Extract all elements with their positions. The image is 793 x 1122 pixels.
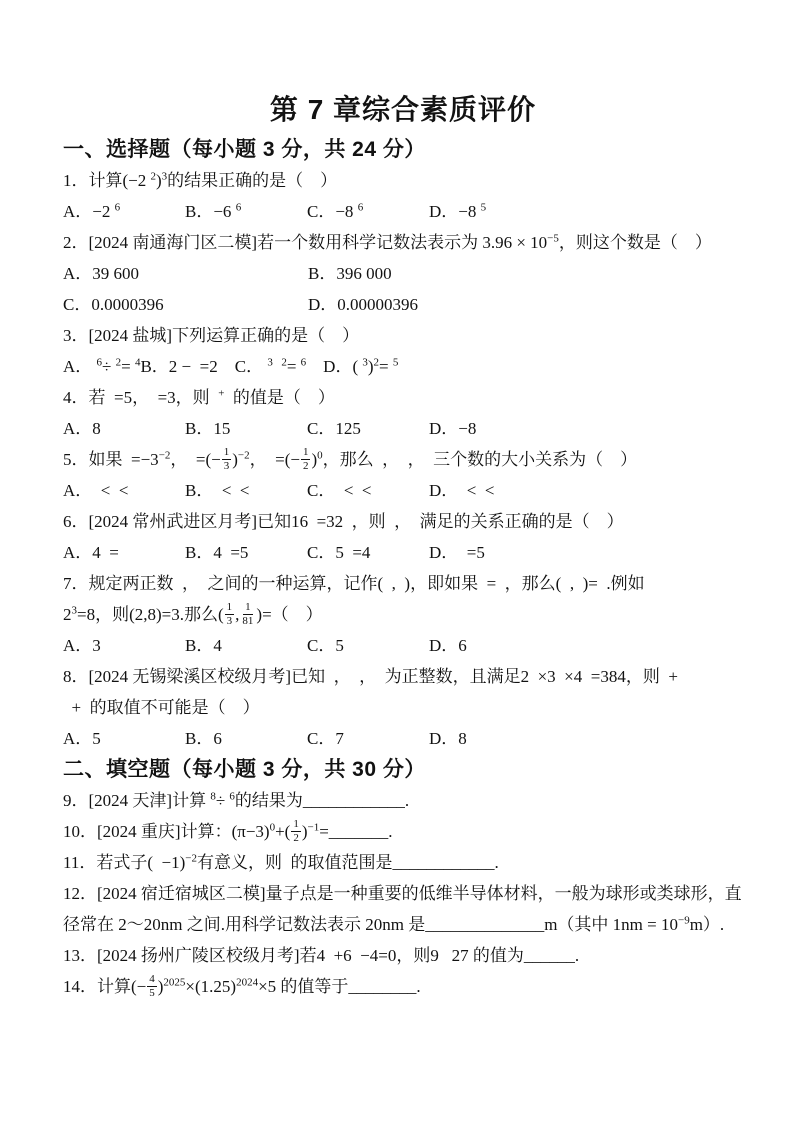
question-line: 14．计算(−45)2025×(1.25)2024×5 的值等于________…: [63, 971, 743, 1002]
option: C．5 =4: [307, 537, 429, 568]
option: C． < <: [307, 475, 429, 506]
question-line: 13．[2024 扬州广陵区校级月考]若4 +6 −4=0，则9 27 的值为_…: [63, 940, 743, 971]
option: D． < <: [429, 475, 551, 506]
option: B． < <: [185, 475, 307, 506]
option: B．4: [185, 630, 307, 661]
option: A． < <: [63, 475, 185, 506]
question: 12．[2024 宿迁宿城区二模]量子点是一种重要的低维半导体材料，一般为球形或…: [63, 878, 743, 940]
question-line: 9．[2024 天津]计算 8÷ 6的结果为____________.: [63, 785, 743, 816]
option: B．396 000: [308, 258, 553, 289]
options-row: A．4 =B．4 =5C．5 =4D． =5: [63, 537, 743, 568]
page-title: 第 7 章综合素质评价: [63, 92, 743, 128]
option: D．0.00000396: [308, 289, 553, 320]
section-heading: 二、填空题（每小题 3 分，共 30 分）: [63, 754, 743, 785]
options-row: A．3B．4C．5D．6: [63, 630, 743, 661]
question-line: 10．[2024 重庆]计算：(π−3)0+(12)−1=_______.: [63, 816, 743, 847]
option: C．5: [307, 630, 429, 661]
fraction: 45: [147, 973, 157, 999]
question-line: 1．计算(−2 2)3的结果正确的是（ ）: [63, 165, 743, 196]
question-line: 3．[2024 盐城]下列运算正确的是（ ）: [63, 320, 743, 351]
question-line: 径常在 2～20nm 之间.用科学记数法表示 20nm 是___________…: [63, 909, 743, 940]
question: 9．[2024 天津]计算 8÷ 6的结果为____________.: [63, 785, 743, 816]
question-line: 23=8，则(2,8)=3.那么(13,181)=（ ）: [63, 599, 743, 630]
section: 一、选择题（每小题 3 分，共 24 分）1．计算(−2 2)3的结果正确的是（…: [63, 134, 743, 754]
question: 1．计算(−2 2)3的结果正确的是（ ）A．−2 6B．−6 6C．−8 6D…: [63, 165, 743, 227]
option: C．0.0000396: [63, 289, 308, 320]
options-row: A．8B．15C．125D．−8: [63, 413, 743, 444]
section: 二、填空题（每小题 3 分，共 30 分）9．[2024 天津]计算 8÷ 6的…: [63, 754, 743, 1002]
options-row: A．5B．6C．7D．8: [63, 723, 743, 754]
question-line: A． 6÷ 2= 4B．2 − =2 C． 3 2= 6 D．( 3)2= 5: [63, 351, 743, 382]
options-row: A． < <B． < <C． < <D． < <: [63, 475, 743, 506]
question-line: 8．[2024 无锡梁溪区校级月考]已知 ， ， 为正整数，且满足2 ×3 ×4…: [63, 661, 743, 692]
question: 3．[2024 盐城]下列运算正确的是（ ）A． 6÷ 2= 4B．2 − =2…: [63, 320, 743, 382]
option: D．−8 5: [429, 196, 551, 227]
document: 一、选择题（每小题 3 分，共 24 分）1．计算(−2 2)3的结果正确的是（…: [63, 134, 743, 1002]
option: C．7: [307, 723, 429, 754]
option: A．4 =: [63, 537, 185, 568]
option: D． =5: [429, 537, 551, 568]
fraction: 13: [222, 446, 232, 472]
option: C．−8 6: [307, 196, 429, 227]
options-row: A．39 600B．396 000: [63, 258, 743, 289]
question: 7．规定两正数 ， 之间的一种运算，记作( , )，即如果 = ，那么( , )…: [63, 568, 743, 661]
question-line: 6．[2024 常州武进区月考]已知16 =32 ，则 ， 满足的关系正确的是（…: [63, 506, 743, 537]
option: D．−8: [429, 413, 551, 444]
option: A．8: [63, 413, 185, 444]
option: A．39 600: [63, 258, 308, 289]
section-heading: 一、选择题（每小题 3 分，共 24 分）: [63, 134, 743, 165]
question: 10．[2024 重庆]计算：(π−3)0+(12)−1=_______.: [63, 816, 743, 847]
option: B．4 =5: [185, 537, 307, 568]
fraction: 181: [240, 601, 255, 627]
fraction: 12: [301, 446, 311, 472]
question-line: + 的取值不可能是（ ）: [63, 692, 743, 723]
option: B．6: [185, 723, 307, 754]
question: 4．若 =5， =3，则 + 的值是（ ）A．8B．15C．125D．−8: [63, 382, 743, 444]
question: 13．[2024 扬州广陵区校级月考]若4 +6 −4=0，则9 27 的值为_…: [63, 940, 743, 971]
question: 14．计算(−45)2025×(1.25)2024×5 的值等于________…: [63, 971, 743, 1002]
question-line: 2．[2024 南通海门区二模]若一个数用科学记数法表示为 3.96 × 10−…: [63, 227, 743, 258]
option: A．3: [63, 630, 185, 661]
worksheet-page: 第 7 章综合素质评价 一、选择题（每小题 3 分，共 24 分）1．计算(−2…: [0, 0, 793, 1122]
option: C．125: [307, 413, 429, 444]
question-line: 7．规定两正数 ， 之间的一种运算，记作( , )，即如果 = ，那么( , )…: [63, 568, 743, 599]
fraction: 12: [291, 818, 301, 844]
option: A．−2 6: [63, 196, 185, 227]
fraction: 13: [225, 601, 235, 627]
question-line: 11．若式子( −1)−2有意义，则 的取值范围是____________.: [63, 847, 743, 878]
question-line: 4．若 =5， =3，则 + 的值是（ ）: [63, 382, 743, 413]
option: D．6: [429, 630, 551, 661]
question: 5．如果 =−3−2， =(−13)−2， =(−12)0，那么 ， ， 三个数…: [63, 444, 743, 506]
options-row: C．0.0000396D．0.00000396: [63, 289, 743, 320]
options-row: A．−2 6B．−6 6C．−8 6D．−8 5: [63, 196, 743, 227]
question: 6．[2024 常州武进区月考]已知16 =32 ，则 ， 满足的关系正确的是（…: [63, 506, 743, 568]
option: D．8: [429, 723, 551, 754]
option: A．5: [63, 723, 185, 754]
question-line: 5．如果 =−3−2， =(−13)−2， =(−12)0，那么 ， ， 三个数…: [63, 444, 743, 475]
question: 11．若式子( −1)−2有意义，则 的取值范围是____________.: [63, 847, 743, 878]
question-line: 12．[2024 宿迁宿城区二模]量子点是一种重要的低维半导体材料，一般为球形或…: [63, 878, 743, 909]
question: 8．[2024 无锡梁溪区校级月考]已知 ， ， 为正整数，且满足2 ×3 ×4…: [63, 661, 743, 754]
option: B．15: [185, 413, 307, 444]
question: 2．[2024 南通海门区二模]若一个数用科学记数法表示为 3.96 × 10−…: [63, 227, 743, 320]
option: B．−6 6: [185, 196, 307, 227]
